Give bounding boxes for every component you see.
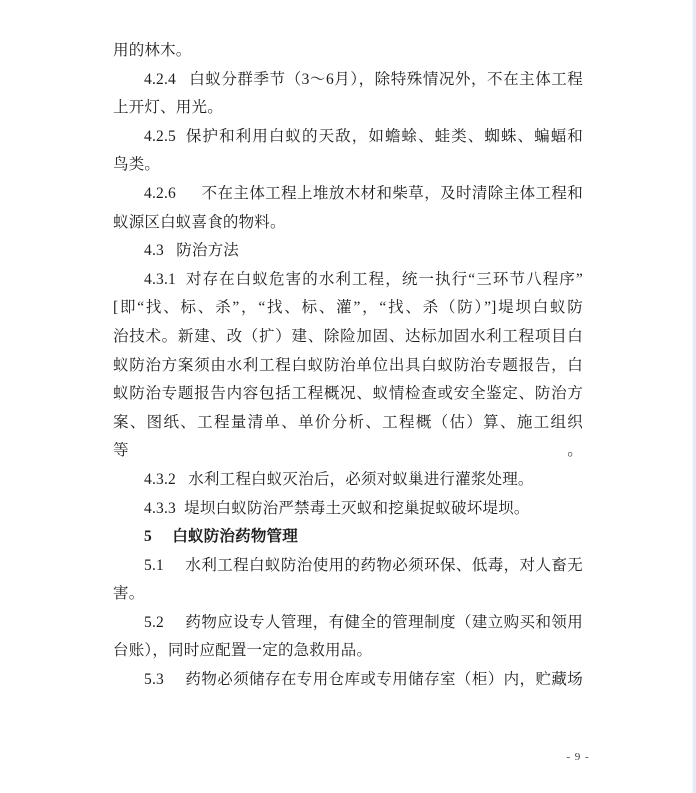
text-line: 台账），同时应配置一定的急救用品。 — [113, 637, 583, 666]
text-line: 案、图纸、工程量清单、单价分析、工程概（估）算、施工组织等。 — [113, 409, 583, 438]
text-line: 4.2.4 白蚁分群季节（3～6月），除特殊情况外，不在主体工程 — [113, 66, 583, 95]
text-line: 治技术。新建、改（扩）建、除险加固、达标加固水利工程项目白 — [113, 323, 583, 352]
text-line: 4.3.2 水利工程白蚁灭治后，必须对蚁巢进行灌浆处理。 — [113, 466, 583, 495]
text-line: 5.3 药物必须储存在专用仓库或专用储存室（柜）内，贮藏场 — [113, 666, 583, 695]
text-line: 蚁防治方案须由水利工程白蚁防治单位出具白蚁防治专题报告，白 — [113, 352, 583, 381]
text-line: 害。 — [113, 580, 583, 609]
text-line: 用的林木。 — [113, 37, 583, 66]
text-line: 5 白蚁防治药物管理 — [113, 523, 583, 552]
document-text-block: 用的林木。4.2.4 白蚁分群季节（3～6月），除特殊情况外，不在主体工程上开灯… — [113, 37, 583, 695]
page-number: - 9 - — [538, 751, 618, 763]
text-line: 4.2.6 不在主体工程上堆放木材和柴草，及时清除主体工程和 — [113, 180, 583, 209]
page-right-edge-line — [692, 0, 696, 793]
text-line: 4.2.5 保护和利用白蚁的天敌，如蟾蜍、蛙类、蜘蛛、蝙蝠和 — [113, 123, 583, 152]
text-line: 上开灯、用光。 — [113, 94, 583, 123]
text-line: 4.3.1 对存在白蚁危害的水利工程，统一执行“三环节八程序” — [113, 266, 583, 295]
text-line: 蚁防治专题报告内容包括工程概况、蚁情检查或安全鉴定、防治方 — [113, 380, 583, 409]
document-page: 用的林木。4.2.4 白蚁分群季节（3～6月），除特殊情况外，不在主体工程上开灯… — [0, 0, 696, 793]
text-line: 4.3.3 堤坝白蚁防治严禁毒土灭蚁和挖巢捉蚁破坏堤坝。 — [113, 495, 583, 524]
text-line: 5.2 药物应设专人管理，有健全的管理制度（建立购买和领用 — [113, 609, 583, 638]
text-line: 蚁源区白蚁喜食的物料。 — [113, 209, 583, 238]
text-line: [即“找、标、杀”，“找、标、灌”，“找、杀（防）”]堤坝白蚁防 — [113, 294, 583, 323]
text-line: 4.3 防治方法 — [113, 237, 583, 266]
text-line: 5.1 水利工程白蚁防治使用的药物必须环保、低毒，对人畜无 — [113, 552, 583, 581]
text-line: 鸟类。 — [113, 151, 583, 180]
